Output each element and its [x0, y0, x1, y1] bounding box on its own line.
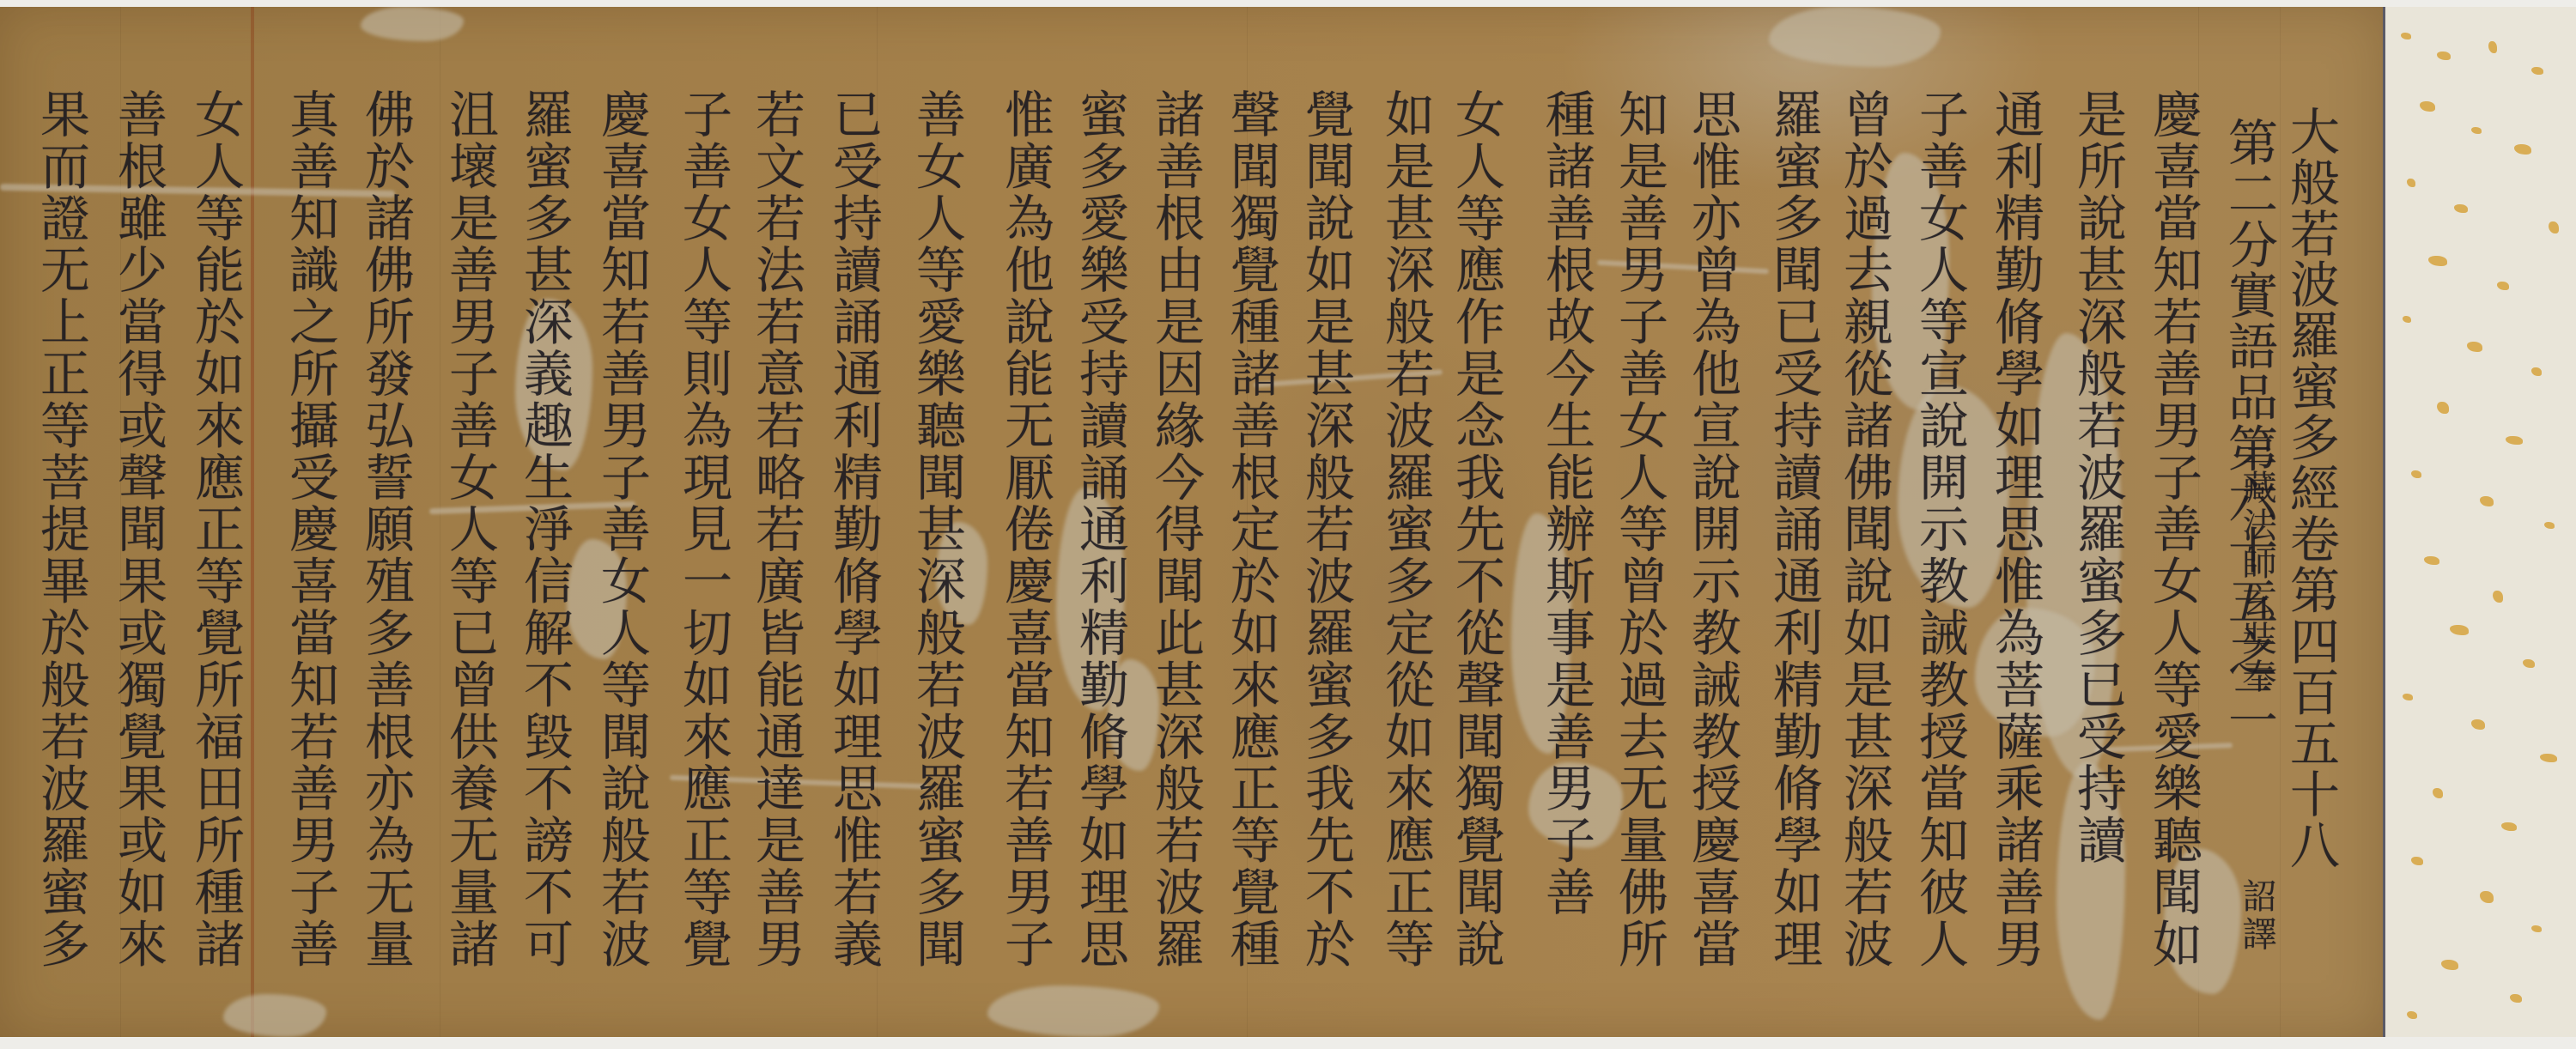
text-column: 羅蜜多甚深義趣生淨信解不毀不謗不可 — [519, 88, 569, 970]
text-column: 已受持讀誦通利精勤脩學如理思惟若義 — [829, 88, 878, 970]
text-column: 善根雖少當得或聲聞果或獨覺果或如來 — [113, 88, 163, 970]
gold-fleck — [2471, 719, 2485, 730]
gold-fleck — [2514, 144, 2531, 155]
text-column: 諸善根由是因緣今得聞此甚深般若波羅 — [1151, 88, 1200, 970]
handscroll: 大般若波羅蜜多經卷第四百五十八 第二分實語品第六十五之二 三藏法師玄奘奉 詔譯 … — [0, 0, 2576, 1049]
gold-fleck — [2437, 402, 2449, 414]
translator-credit: 三藏法師玄奘奉 — [2239, 432, 2274, 696]
gold-fleck — [2401, 33, 2411, 39]
gold-fleck — [2424, 556, 2439, 565]
damage-patch — [223, 994, 326, 1037]
gold-fleck-mounting — [2383, 7, 2576, 1040]
damage-patch — [361, 7, 464, 41]
gold-fleck — [2497, 282, 2509, 290]
paper-seam — [251, 7, 254, 1037]
text-column: 善女人等愛樂聽聞甚深般若波羅蜜多聞 — [912, 88, 962, 970]
text-column: 思惟亦曾為他宣說開示教誡教授慶喜當 — [1687, 88, 1737, 970]
text-column: 子善女人等則為現見一切如來應正等覺 — [678, 88, 728, 970]
gold-fleck — [2510, 994, 2522, 1003]
gold-fleck — [2501, 822, 2517, 831]
text-column: 覺聞說如是甚深般若波羅蜜多我先不於 — [1301, 88, 1351, 970]
text-column: 通利精勤脩學如理思惟為菩薩乘諸善男 — [1990, 88, 2040, 970]
gold-fleck — [2441, 960, 2458, 970]
gold-fleck — [2433, 788, 2443, 798]
bottom-margin — [0, 1037, 2576, 1049]
text-column: 子善女人等宣說開示教誡教授當知彼人 — [1915, 88, 1965, 970]
gold-fleck — [2428, 256, 2447, 266]
gold-fleck — [2403, 316, 2411, 323]
gold-fleck — [2407, 179, 2415, 187]
gold-fleck — [2544, 522, 2555, 529]
text-column: 若文若法若意若略若廣皆能通達是善男 — [751, 88, 801, 970]
text-column: 女人等能於如來應正等覺所福田所種諸 — [191, 88, 240, 970]
text-column: 如是甚深般若波羅蜜多定從如來應正等 — [1381, 88, 1431, 970]
damage-patch — [987, 985, 1159, 1037]
sutra-title: 大般若波羅蜜多經卷第四百五十八 — [2286, 106, 2336, 870]
gold-fleck — [2480, 891, 2494, 903]
text-column: 真善知識之所攝受慶喜當知若善男子善 — [285, 88, 335, 970]
text-column: 羅蜜多聞已受持讀誦通利精勤脩學如理 — [1769, 88, 1819, 970]
manuscript-paper: 大般若波羅蜜多經卷第四百五十八 第二分實語品第六十五之二 三藏法師玄奘奉 詔譯 … — [0, 7, 2383, 1037]
damage-patch — [1769, 7, 1941, 67]
gold-fleck — [2403, 694, 2413, 700]
top-margin — [0, 0, 2576, 7]
gold-fleck — [2506, 436, 2523, 445]
text-column: 慶喜當知若善男子善女人等聞說般若波 — [597, 88, 647, 970]
gold-fleck — [2411, 470, 2421, 478]
ruling-line — [2280, 7, 2281, 1037]
text-column: 惟廣為他說能无厭倦慶喜當知若善男子 — [1000, 88, 1050, 970]
gold-fleck — [2531, 367, 2542, 376]
text-column: 慶喜當知若善男子善女人等愛樂聽聞如 — [2148, 88, 2198, 970]
gold-fleck — [2437, 52, 2451, 60]
text-column: 果而證无上正等菩提畢於般若波羅蜜多 — [36, 88, 86, 970]
gold-fleck — [2471, 127, 2482, 134]
gold-fleck — [2549, 221, 2559, 233]
gold-fleck — [2411, 857, 2423, 865]
gold-fleck — [2531, 67, 2543, 75]
gold-fleck — [2450, 625, 2469, 635]
gold-fleck — [2523, 659, 2535, 668]
text-column: 曾於過去親從諸佛聞說如是甚深般若波 — [1839, 88, 1889, 970]
text-column: 蜜多愛樂受持讀誦通利精勤脩學如理思 — [1075, 88, 1125, 970]
text-column: 知是善男子善女人等曾於過去无量佛所 — [1614, 88, 1664, 970]
text-column: 沮壞是善男子善女人等已曾供養无量諸 — [445, 88, 495, 970]
gold-fleck — [2480, 496, 2494, 506]
gold-fleck — [2488, 41, 2497, 53]
translator-edict: 詔譯 — [2239, 878, 2274, 954]
text-column: 聲聞獨覺種諸善根定於如來應正等覺種 — [1226, 88, 1276, 970]
gold-fleck — [2493, 591, 2503, 603]
gold-fleck — [2407, 1011, 2417, 1019]
gold-fleck — [2420, 101, 2435, 112]
text-column: 是所說甚深般若波羅蜜多已受持讀 — [2073, 88, 2123, 866]
gold-fleck — [2467, 342, 2482, 352]
text-column: 佛於諸佛所發弘誓願殖多善根亦為无量 — [361, 88, 410, 970]
gold-fleck — [2454, 204, 2468, 213]
gold-fleck — [2531, 925, 2542, 932]
text-column: 種諸善根故今生能辦斯事是善男子善 — [1541, 88, 1591, 918]
text-column: 女人等應作是念我先不從聲聞獨覺聞說 — [1451, 88, 1501, 970]
gold-fleck — [2540, 754, 2557, 762]
